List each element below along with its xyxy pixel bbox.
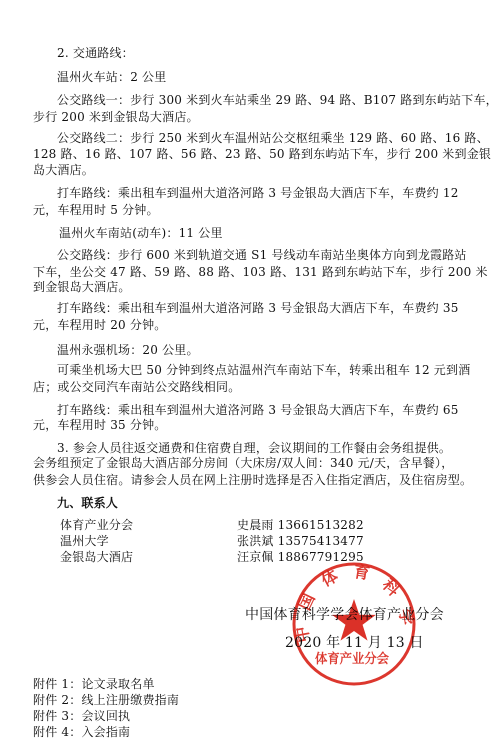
- accommodation-line: 3. 参会人员往返交通费和住宿费自理，会议期间的工作餐由会务组提供。: [57, 440, 451, 456]
- contact-person: 张洪斌 13575413477: [237, 533, 364, 549]
- signature-org: 中国体育科学学会体育产业分会: [245, 606, 444, 624]
- accommodation-line: 会务组预定了金银岛大酒店部分房间（大床房/双人间：340 元/天，含早餐），: [33, 455, 453, 471]
- document-page: 2. 交通路线： 温州火车站：2 公里 公交路线一：步行 300 米到火车站乘坐…: [0, 0, 499, 744]
- contact-name: 汪京佩: [237, 550, 274, 564]
- seal-ring-icon: [294, 564, 414, 684]
- bus-route-line: 公交路线：步行 600 米到轨道交通 S1 号线动车南站坐奥体方向到龙霞路站: [57, 247, 467, 263]
- contact-name: 史晨雨: [237, 518, 274, 532]
- train-station-title: 温州火车站：2 公里: [57, 69, 166, 85]
- taxi-route-line: 打车路线：乘出租车到温州大道洛河路 3 号金银岛大酒店下车，车费约 65: [57, 402, 459, 418]
- contact-org: 体育产业分会: [60, 517, 133, 533]
- taxi-route-line: 打车路线：乘出租车到温州大道洛河路 3 号金银岛大酒店下车，车费约 35: [57, 300, 459, 316]
- airport-shuttle-line: 店；或公交同汽车南站公交路线相同。: [33, 379, 240, 395]
- contact-org: 金银岛大酒店: [60, 549, 133, 565]
- bus-route-1-line: 公交路线一：步行 300 米到火车站乘坐 29 路、94 路、B107 路到东屿…: [57, 92, 498, 108]
- bus-route-1-line: 步行 200 米到金银岛大酒店。: [33, 109, 199, 125]
- contact-name: 张洪斌: [237, 534, 274, 548]
- signature-date: 2020 年 11 月 13 日: [285, 634, 424, 652]
- contact-person: 史晨雨 13661513282: [237, 517, 364, 533]
- bus-route-2-line: 岛大酒店。: [33, 162, 94, 178]
- attachment-item: 附件 2：线上注册缴费指南: [33, 692, 179, 708]
- section-heading-transport: 2. 交通路线：: [57, 45, 134, 61]
- bus-route-line: 到金银岛大酒店。: [33, 279, 131, 295]
- contact-phone: 13575413477: [278, 534, 364, 548]
- bus-route-2-line: 公交路线二：步行 250 米到火车温州站公交枢纽乘坐 129 路、60 路、16…: [57, 130, 489, 146]
- contact-phone: 13661513282: [278, 518, 364, 532]
- taxi-route-line: 元，车程用时 20 分钟。: [33, 317, 167, 333]
- taxi-route-line: 元，车程用时 5 分钟。: [33, 202, 159, 218]
- attachment-item: 附件 4：入会指南: [33, 724, 130, 740]
- contact-person: 汪京佩 18867791295: [237, 549, 364, 565]
- accommodation-line: 供参会人员住宿。请参会人员在网上注册时选择是否入住指定酒店，及住宿房型。: [33, 472, 472, 488]
- contact-phone: 18867791295: [278, 550, 364, 564]
- taxi-route-line: 打车路线：乘出租车到温州大道洛河路 3 号金银岛大酒店下车，车费约 12: [57, 185, 459, 201]
- attachment-item: 附件 3：会议回执: [33, 708, 130, 724]
- airport-title: 温州永强机场：20 公里。: [57, 342, 199, 358]
- contacts-heading: 九、联系人: [57, 495, 118, 511]
- bus-route-line: 下车，坐公交 47 路、59 路、88 路、103 路、131 路到东屿站下车，…: [33, 264, 488, 280]
- bus-route-2-line: 128 路、16 路、107 路、56 路、23 路、50 路到东屿站下车，步行…: [33, 146, 491, 162]
- airport-shuttle-line: 可乘坐机场大巴 50 分钟到终点站温州汽车南站下车，转乘出租车 12 元到酒: [57, 362, 470, 378]
- seal-bottom-text: 体育产业分会: [315, 651, 389, 667]
- contact-org: 温州大学: [60, 533, 109, 549]
- attachment-item: 附件 1：论文录取名单: [33, 676, 155, 692]
- taxi-route-line: 元，车程用时 35 分钟。: [33, 417, 167, 433]
- south-station-title: 温州火车南站(动车)：11 公里: [59, 225, 223, 241]
